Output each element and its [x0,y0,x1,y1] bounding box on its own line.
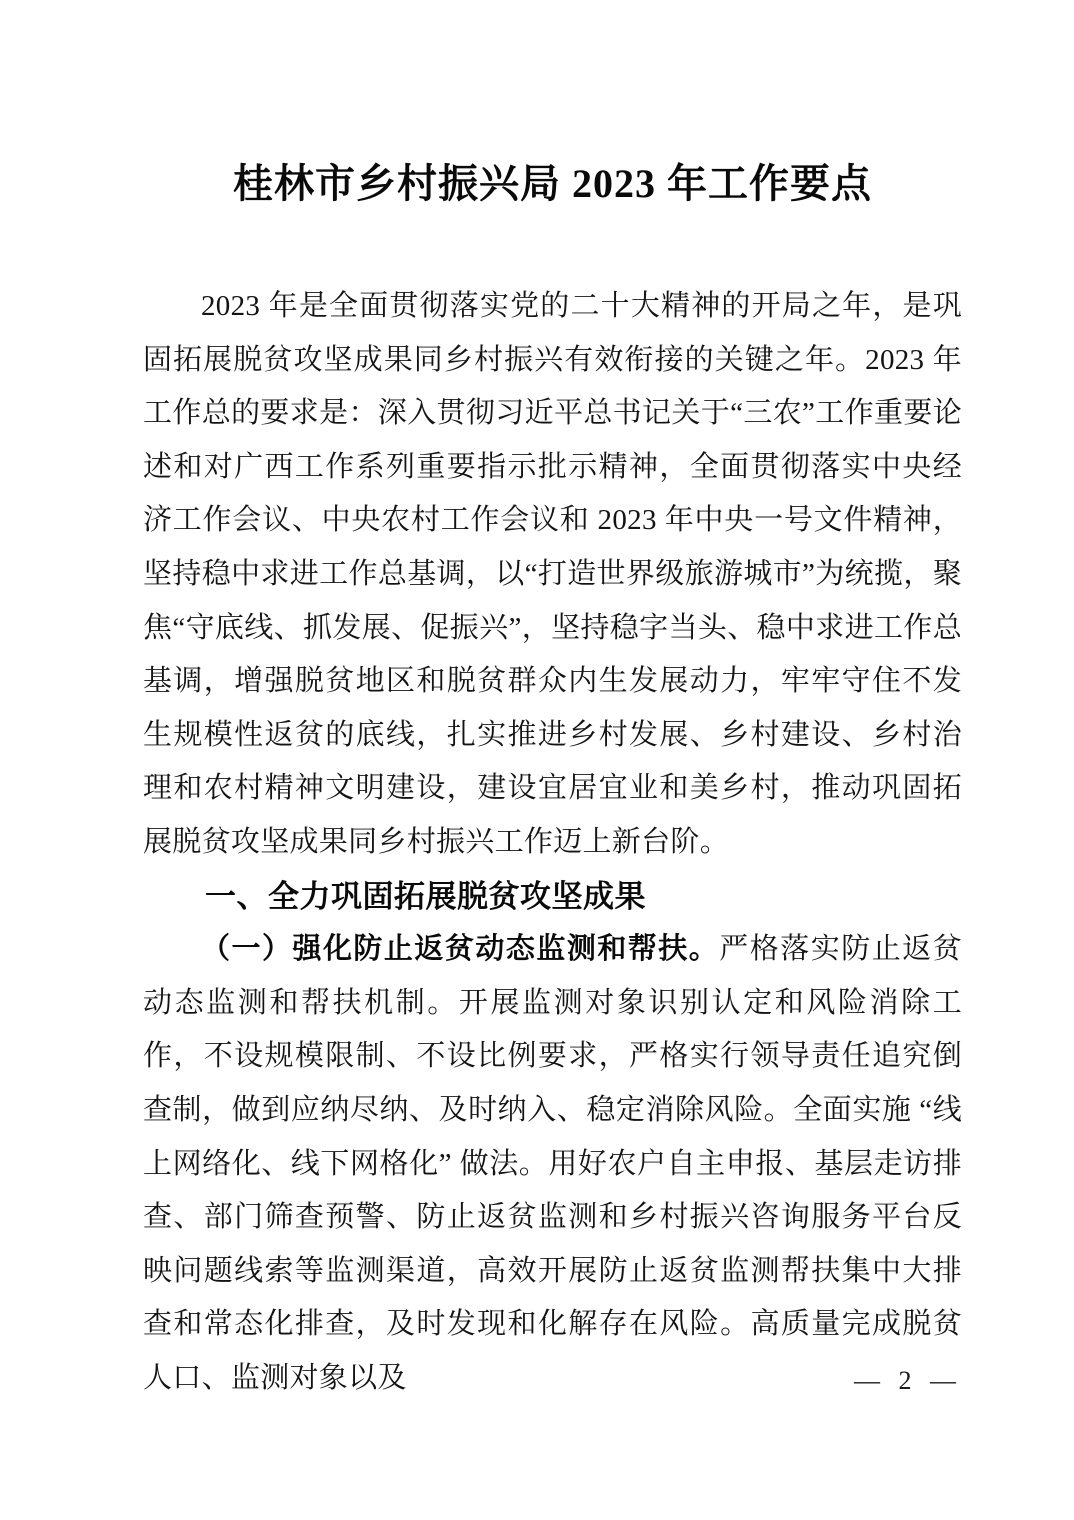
document-body: 2023 年是全面贯彻落实党的二十大精神的开局之年，是巩固拓展脱贫攻坚成果同乡村… [143,280,962,1405]
document-title: 桂林市乡村振兴局 2023 年工作要点 [143,158,962,210]
document-page: 桂林市乡村振兴局 2023 年工作要点 2023 年是全面贯彻落实党的二十大精神… [0,0,1074,1520]
item-1-lead-text: （一）强化防止返贫动态监测和帮扶。 [201,933,719,965]
section-1-heading: 一、全力巩固拓展脱贫攻坚成果 [143,870,962,924]
page-number: — 2 — [854,1366,962,1395]
page-footer: — 2 — [854,1366,962,1396]
item-1-paragraph: （一）强化防止返贫动态监测和帮扶。严格落实防止返贫动态监测和帮扶机制。开展监测对… [143,923,962,1405]
intro-paragraph: 2023 年是全面贯彻落实党的二十大精神的开局之年，是巩固拓展脱贫攻坚成果同乡村… [143,280,962,870]
item-1-body-text: 严格落实防止返贫动态监测和帮扶机制。开展监测对象识别认定和风险消除工作，不设规模… [143,933,962,1394]
